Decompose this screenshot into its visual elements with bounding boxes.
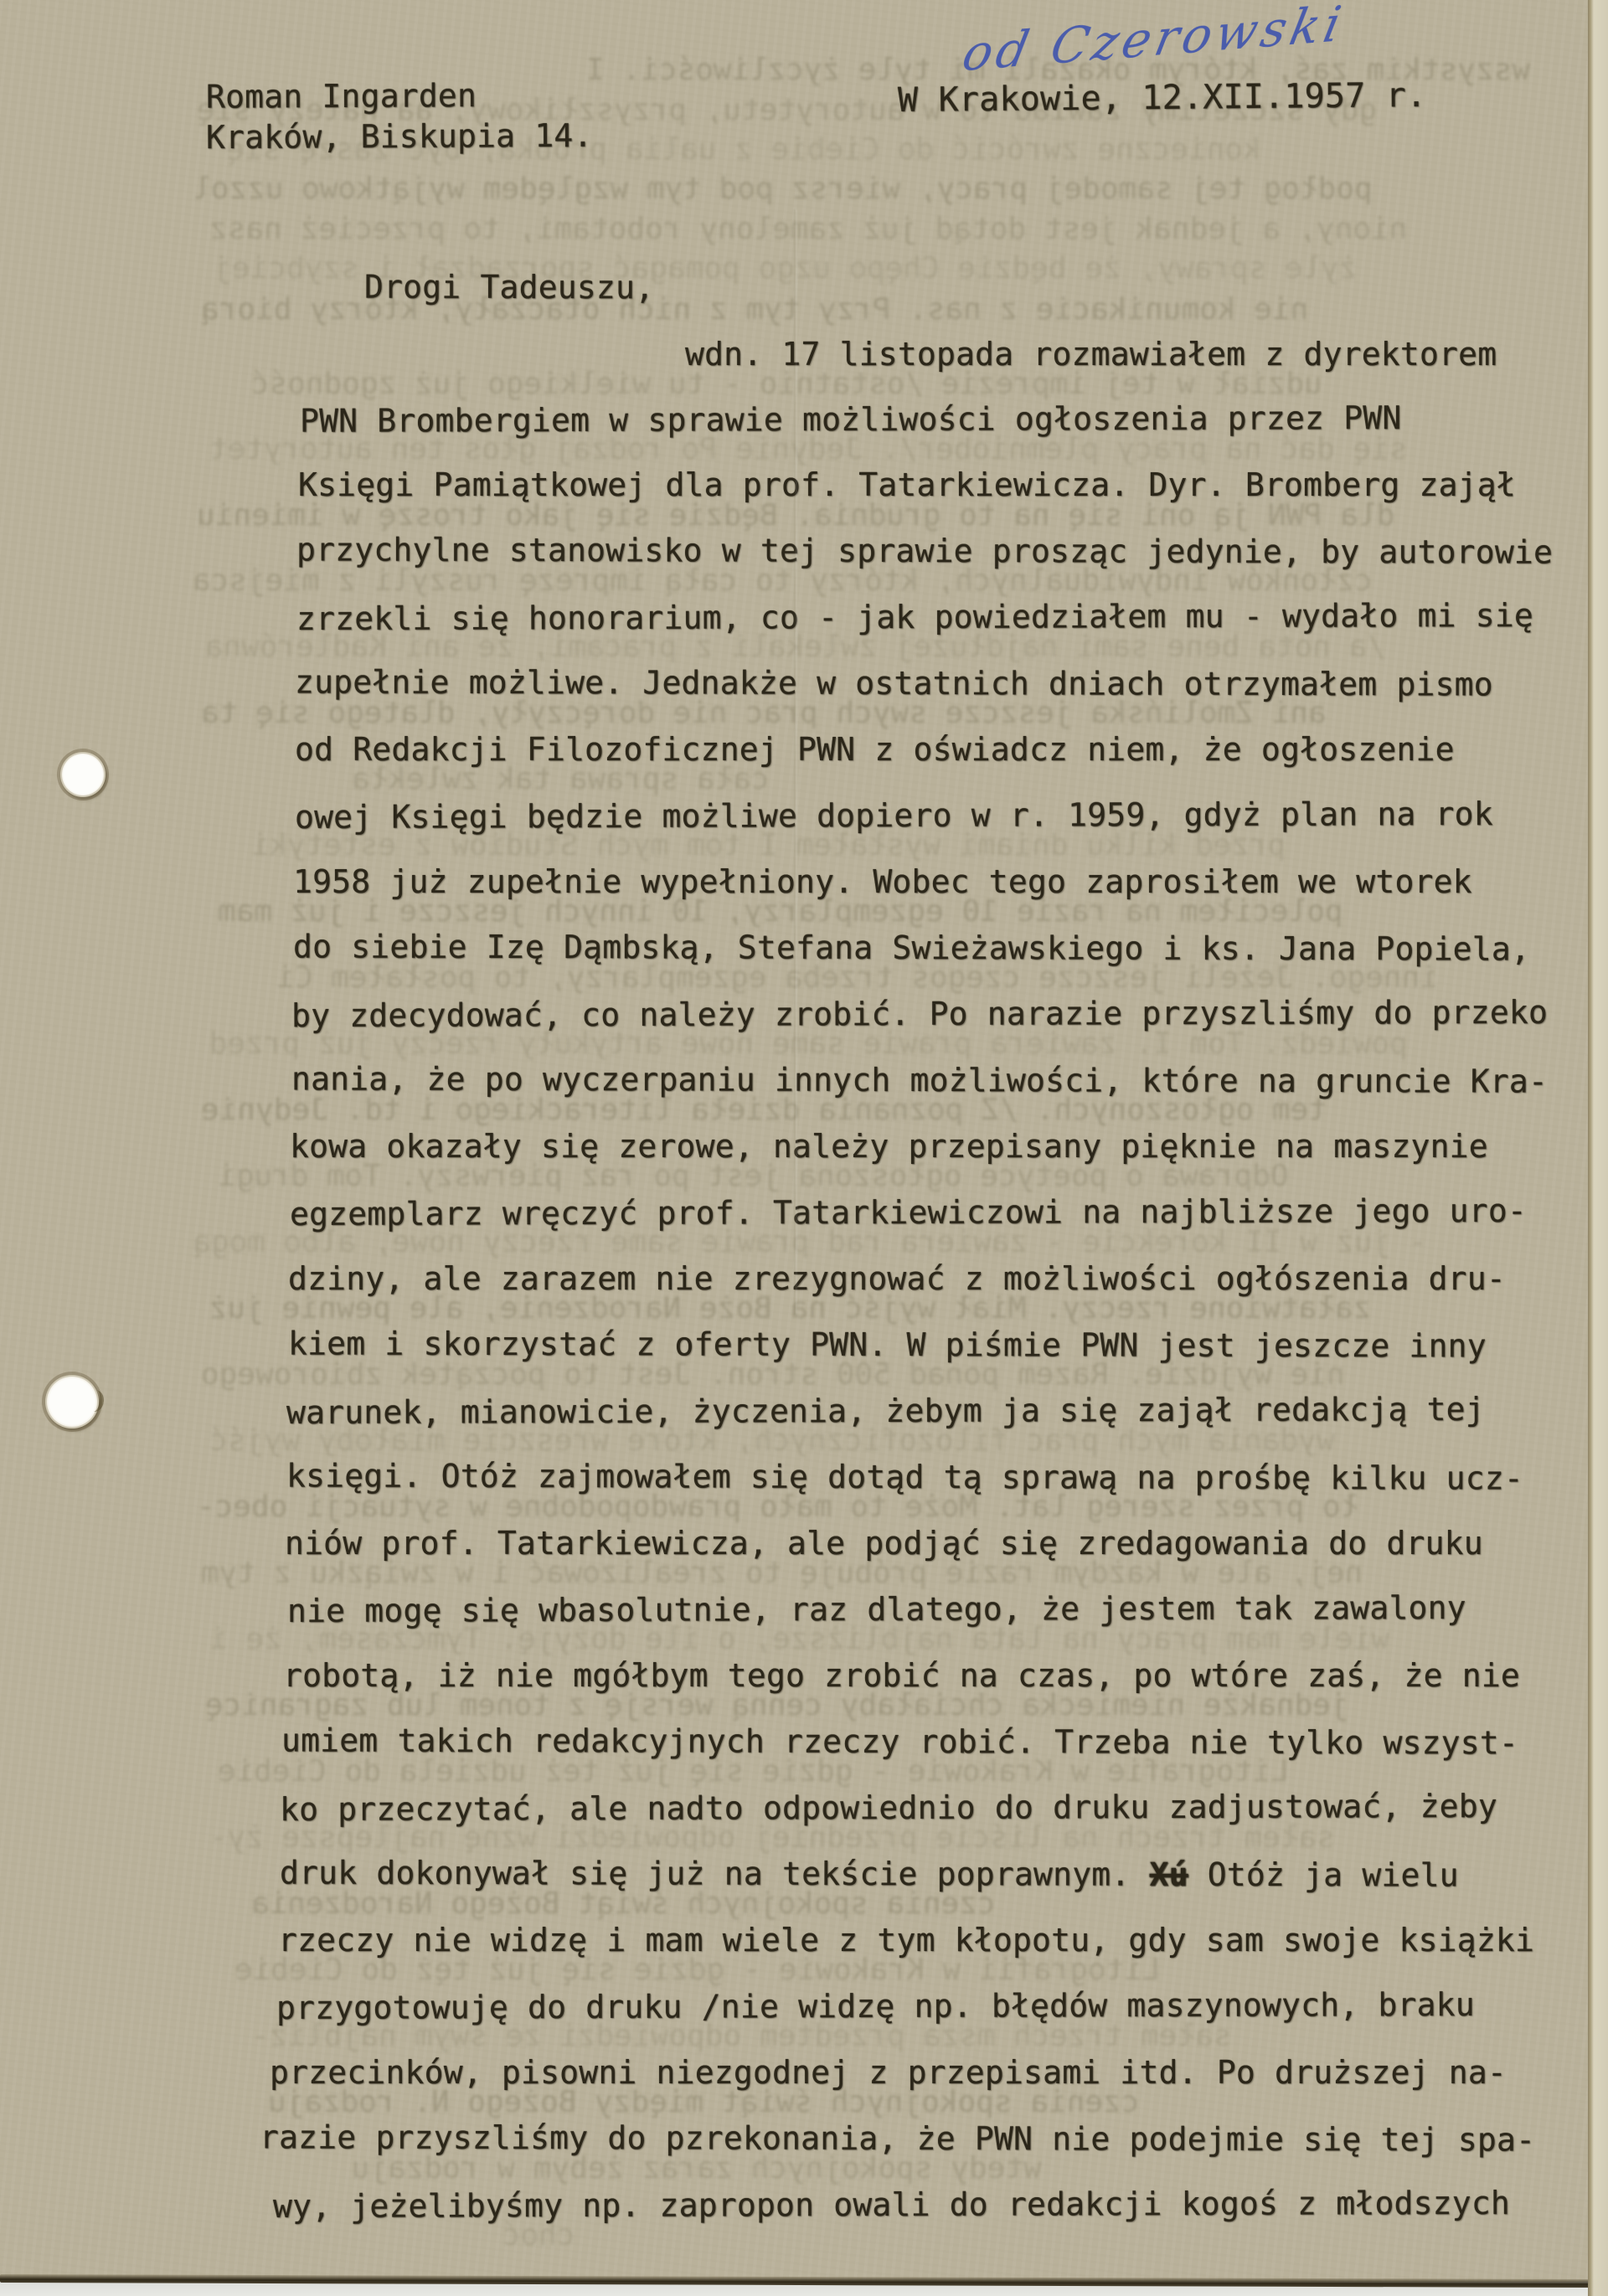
typed-line: dziny, ale zarazem nie zrezygnować z moż… (288, 1261, 1506, 1298)
typed-text: Księgi Pamiątkowej dla prof. Tatarkiewic… (298, 466, 1516, 503)
typed-text: przygotowuję do druku /nie widzę np. błę… (276, 1986, 1475, 2026)
bleedthrough-line: Litografii w Krakowie - gdzie się już tę… (234, 1955, 1160, 1985)
paper-crease (794, 209, 796, 1315)
typed-text: księgi. Otóż zajmowałem się dotąd tą spr… (286, 1457, 1523, 1496)
punch-hole-top (60, 752, 106, 797)
punch-hole-bottom (45, 1375, 99, 1429)
bleedthrough-line: jednakże niemiecka chciałaby cenną wersj… (205, 1691, 1348, 1721)
typed-text: od Redakcji Filozoficznej PWN z oświadcz… (295, 731, 1455, 768)
bleedthrough-line: czenia spokojnych świąt Bożego Narodzeni… (251, 1889, 996, 1919)
typed-line: warunek, mianowicie, życzenia, żebym ja … (286, 1392, 1485, 1432)
crossed-out-word: Xú (1149, 1856, 1188, 1893)
typed-line: PWN Brombergiem w sprawie możliwości ogł… (300, 400, 1402, 440)
typed-line: przychylne stanowisko w tej sprawie pros… (296, 532, 1553, 571)
typed-text: wy, jeżelibyśmy np. zapropon owali do re… (273, 2185, 1510, 2225)
typed-text: razie przyszliśmy do pzrekonania, że PWN… (260, 2118, 1535, 2158)
typed-text: warunek, mianowicie, życzenia, żebym ja … (286, 1391, 1485, 1431)
typed-text: by zdecydować, co należy zrobić. Po nara… (291, 994, 1548, 1034)
typed-text: nania, że po wyczerpaniu innych możliwoś… (291, 1060, 1548, 1099)
handwritten-annotation: od Czerowski (958, 0, 1350, 83)
typed-line: druk dokonywał się już na tekście popraw… (280, 1856, 1459, 1895)
typed-line: od Redakcji Filozoficznej PWN z oświadcz… (295, 732, 1455, 769)
typed-line: do siebie Izę Dąmbską, Stefana Swieżawsk… (293, 929, 1530, 968)
typed-text: Otóż ja wielu (1188, 1856, 1459, 1894)
scanned-letter-page: wszystkim zaś, którym okazali mi tyle ży… (0, 0, 1608, 2296)
bleedthrough-line: poleciłem na razie 10 egzemplarzy, 10 in… (218, 897, 1343, 927)
bleedthrough-line: tem ogłoszonych. /Z poznania dzieła lite… (201, 1095, 1327, 1125)
bleedthrough-line: nej, ale w każdym razie próbuję to zreal… (201, 1558, 1363, 1588)
typed-line: wy, jeżelibyśmy np. zapropon owali do re… (273, 2185, 1510, 2226)
typed-line: rzeczy nie widzę i mam wiele z tym kłopo… (278, 1923, 1534, 1959)
typed-line: by zdecydować, co należy zrobić. Po nara… (291, 995, 1548, 1035)
typed-text: przychylne stanowisko w tej sprawie pros… (296, 531, 1553, 570)
typed-text: umiem takich redakcyjnych rzeczy robić. … (281, 1722, 1518, 1761)
bleedthrough-line: Odprawa o poetyce ogłoszona jest po raz … (218, 1161, 1289, 1192)
bleedthrough-line: członków indywidualnych, którzy to całą … (193, 566, 1373, 596)
typed-line: kowa okazały się zerowe, należy przepisa… (290, 1129, 1488, 1166)
bleedthrough-line: cała sprawa tak zwlekła (352, 764, 770, 795)
typed-line: egzemplarz wręczyć prof. Tatarkiewiczowi… (290, 1193, 1527, 1233)
typed-line: 1958 już zupełnie wypełniony. Wobec tego… (293, 864, 1472, 901)
bleedthrough-line: niony, a jednak jest dotąd już zamelony … (209, 214, 1407, 245)
typed-text: rzeczy nie widzę i mam wiele z tym kłopo… (278, 1922, 1534, 1959)
typed-line: robotą, iż nie mgółbym tego zrobić na cz… (283, 1658, 1520, 1695)
typed-line: Księgi Pamiątkowej dla prof. Tatarkiewic… (298, 467, 1516, 504)
typed-text: do siebie Izę Dąmbską, Stefana Swieżawsk… (293, 928, 1530, 967)
bleedthrough-line: ło przez szereg lat. Może to mało prawdo… (197, 1492, 1358, 1522)
bleedthrough-line: podłog tej samodej pracy, wiersz pod tym… (193, 174, 1373, 204)
bleedthrough-line: Litografie w Krakowie - gdzie się już te… (218, 1757, 1289, 1787)
typed-line: przygotowuję do druku /nie widzę np. błę… (276, 1987, 1475, 2027)
typed-text: kowa okazały się zerowe, należy przepisa… (290, 1128, 1488, 1165)
typed-line: wdn. 17 listopada rozmawiałem z dyrektor… (685, 337, 1497, 373)
typed-text: robotą, iż nie mgółbym tego zrobić na cz… (283, 1657, 1520, 1694)
typed-line: ko przeczytać, ale nadto odpowiednio do … (280, 1789, 1497, 1829)
typed-text: nie mogę się wbasolutnie, raz dlatego, ż… (287, 1589, 1466, 1629)
sender-address: Kraków, Biskupia 14. (206, 118, 593, 157)
typed-line: przecinków, pisowni niezgodnej z przepis… (270, 2055, 1507, 2092)
typed-text: PWN Brombergiem w sprawie możliwości ogł… (300, 399, 1402, 440)
typed-text: zrzekli się honorarium, co - jak powiedz… (296, 597, 1533, 637)
typed-text: ko przeczytać, ale nadto odpowiednio do … (280, 1788, 1497, 1828)
typed-line: nie mogę się wbasolutnie, raz dlatego, ż… (287, 1590, 1466, 1630)
dateline: W Krakowie, 12.XII.1957 r. (898, 76, 1427, 120)
typed-line: zupełnie możliwe. Jednakże w ostatnich d… (295, 665, 1493, 704)
typed-line: księgi. Otóż zajmowałem się dotąd tą spr… (286, 1458, 1523, 1497)
typed-line: zrzekli się honorarium, co - jak powiedz… (296, 598, 1533, 638)
typed-text: owej Księgi będzie możliwe dopiero w r. … (295, 795, 1493, 836)
typed-text: Drogi Tadeuszu, (364, 269, 654, 306)
typed-line: kiem i skorzystać z oferty PWN. W piśmie… (288, 1326, 1487, 1366)
typed-text: egzemplarz wręczyć prof. Tatarkiewiczowi… (290, 1192, 1527, 1233)
typed-line: umiem takich redakcyjnych rzeczy robić. … (281, 1722, 1518, 1762)
bleedthrough-line: dla PWN ją oni się na to grudnia. Będzie… (197, 501, 1394, 531)
bleedthrough-line: ani Żmolińska jeszcze swych prac nie dor… (201, 698, 1327, 728)
typed-text: dziny, ale zarazem nie zrezygnować z moż… (288, 1260, 1506, 1297)
typed-line: razie przyszliśmy do pzrekonania, że PWN… (260, 2119, 1535, 2159)
typed-line: niów prof. Tatarkiewicza, ale podjąć się… (285, 1526, 1483, 1562)
bleedthrough-line: udział w tej imprezie /ostatnio - tu wie… (251, 369, 1322, 399)
bleedthrough-line: wtedy spokojnych zaraz żebym w rodzaju (352, 2154, 1042, 2184)
typed-text: druk dokonywał się już na tekście popraw… (280, 1855, 1150, 1893)
typed-line: nania, że po wyczerpaniu innych możliwoś… (291, 1061, 1548, 1100)
sender-name: Roman Ingarden (206, 78, 477, 116)
page-right-edge (1588, 0, 1608, 2296)
bleedthrough-line: choć (502, 2221, 575, 2251)
typed-text: 1958 już zupełnie wypełniony. Wobec tego… (293, 863, 1472, 900)
typed-line: owej Księgi będzie możliwe dopiero w r. … (295, 796, 1493, 837)
typed-text: zupełnie możliwe. Jednakże w ostatnich d… (295, 664, 1493, 703)
typed-text: kiem i skorzystać z oferty PWN. W piśmie… (288, 1326, 1487, 1365)
typed-line: Drogi Tadeuszu, (364, 270, 654, 306)
bleedthrough-line: czenia spokojnych świąt między Bożego N.… (268, 2088, 1139, 2118)
typed-text: przecinków, pisowni niezgodnej z przepis… (270, 2054, 1507, 2091)
bleedthrough-line: załatwione rzeczy. Miał wyjść na Boże Na… (209, 1294, 1371, 1324)
typed-text: wdn. 17 listopada rozmawiałem z dyrektor… (685, 336, 1497, 373)
typed-text: niów prof. Tatarkiewicza, ale podjąć się… (285, 1525, 1483, 1562)
